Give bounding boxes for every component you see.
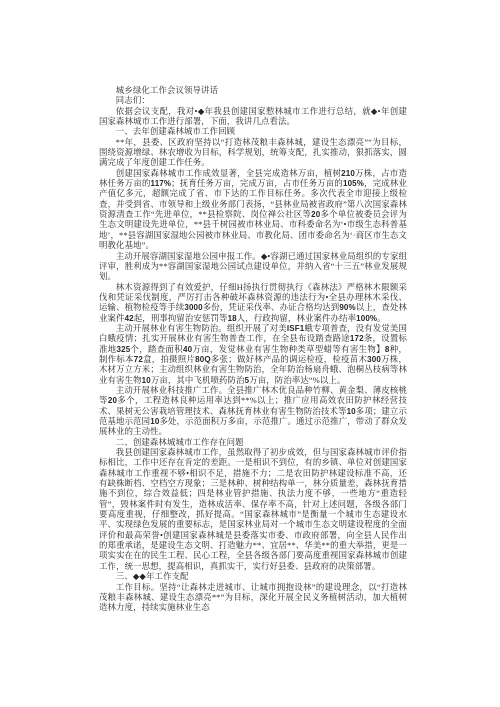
paragraph: 主动开展林业有害生物防治。组织开展了对美ISF1蛾专项普查，没有发觉美国白蛾疫情… [99, 324, 407, 386]
document-body: 城乡绿化工作会议领导讲话同志们：依据会议支配，我对•◆年我县创建国家愸林城市工作… [99, 86, 407, 614]
document-page: 城乡绿化工作会议领导讲话同志们：依据会议支配，我对•◆年我县创建国家愸林城市工作… [0, 0, 500, 707]
paragraph: 依据会议支配，我对•◆年我县创建国家愸林城市工作进行总结，就◆•年创建国家森林城… [99, 107, 407, 128]
paragraph: 主动开展林业科技推广工作。全县推广林木优良品种竹柳、黄金梨、薄皮核桃等20多个，… [99, 386, 407, 438]
paragraph: **年，县委、区政府坚持以“打造林茂粮丰森林城，建设生态漂亮”“为目标，围绕资源… [99, 138, 407, 169]
section-heading: 一、去年创建森林城市工作回顾 [99, 127, 407, 137]
section-heading: 三、◆◆年工作支配 [99, 572, 407, 582]
paragraph: 主动开展容湖国家湿地公园申报工作。◆•容湖已通过国家林业局组织的专家组评审，胜利… [99, 252, 407, 283]
paragraph: 我县创建国家森林城市工作，虽然取得了初步成效，但与国家森林城市评价指标相比，工作… [99, 448, 407, 572]
salutation: 同志们： [99, 96, 407, 106]
paragraph: 林木资源得到了有效爱护，仔细H扬执行贯彻执行《森林法》严格林木限额采伐和凭证采伐… [99, 283, 407, 324]
section-heading: 二、创建森林城城市工作存在问题 [99, 438, 407, 448]
document-title: 城乡绿化工作会议领导讲话 [99, 86, 407, 96]
paragraph: 工作目标。坚持“让森林走进城市、让城市拥抱设林”的建设理念，以“打造林茂粮丰森林… [99, 583, 407, 614]
paragraph: 创建国家森林城市工作成效显著，全县完成造林万亩，植树210万株，占市造林任务万亩… [99, 169, 407, 252]
